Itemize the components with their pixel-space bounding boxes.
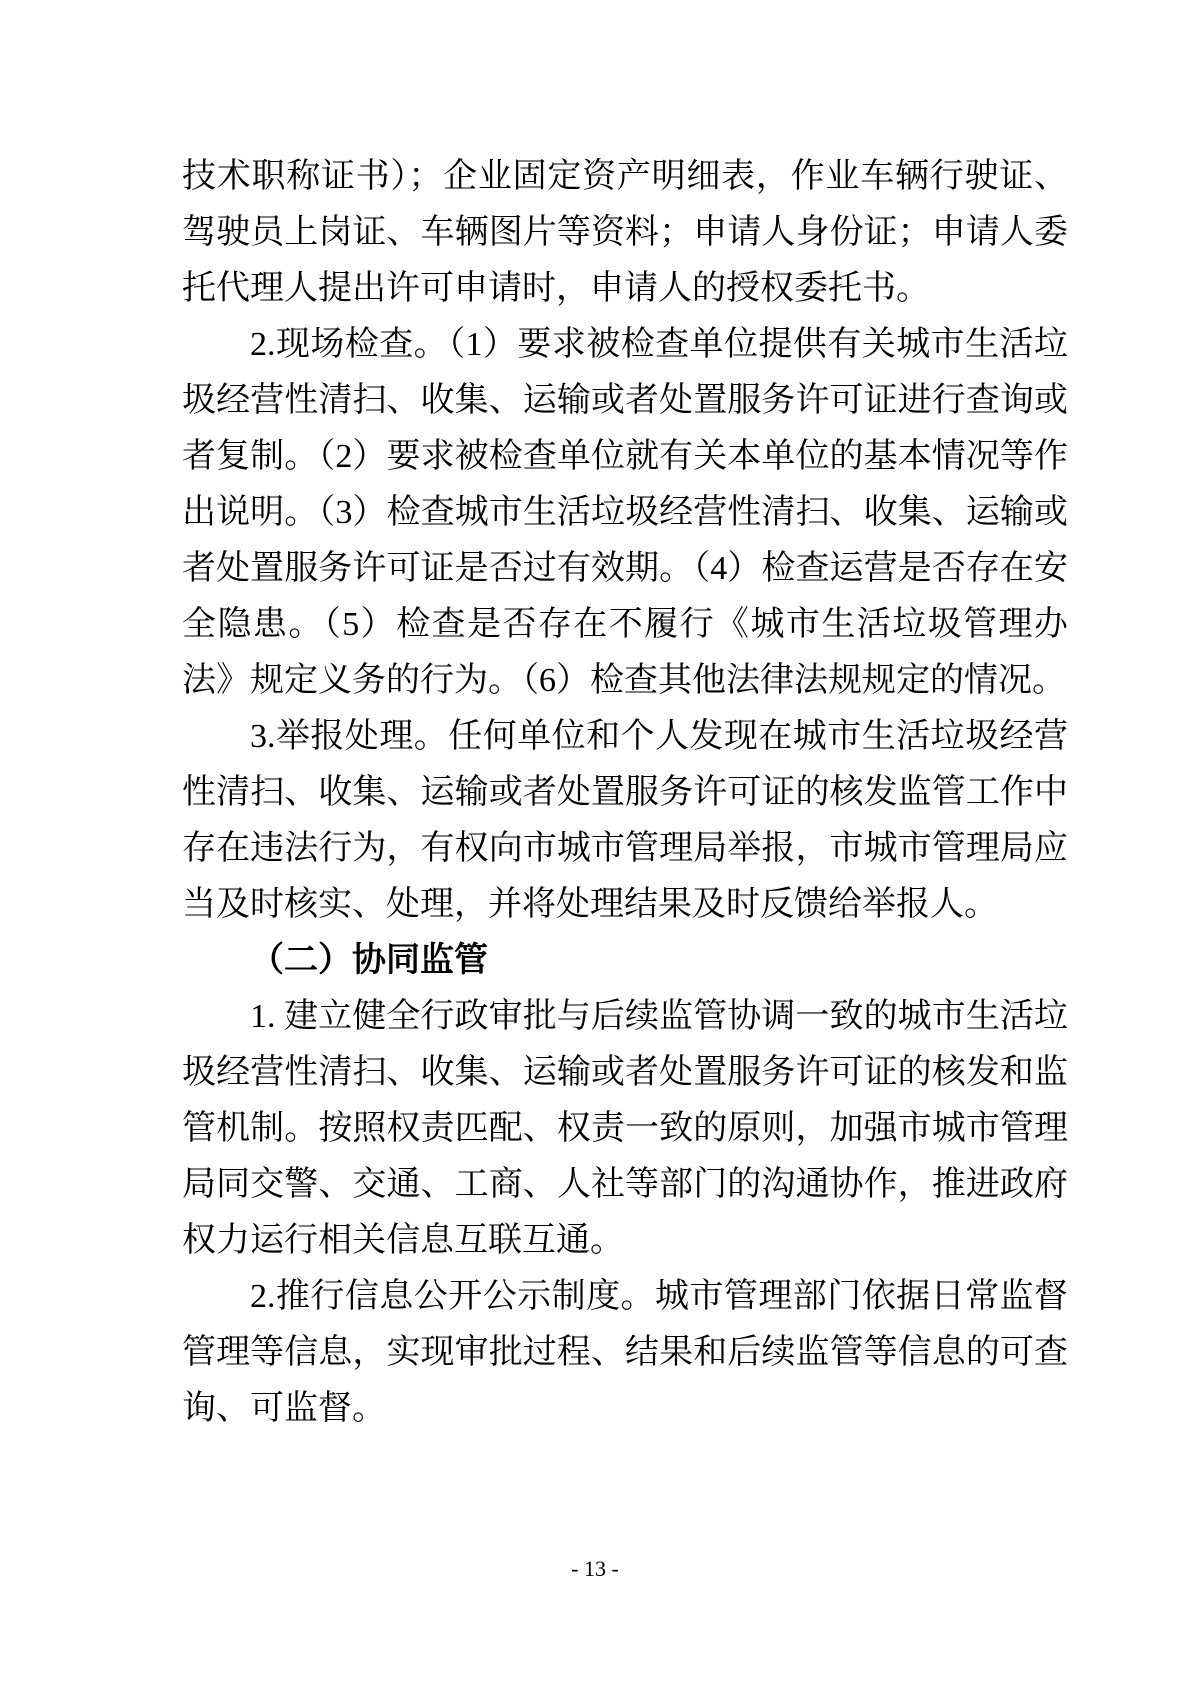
paragraph-continuation-application-materials: 技术职称证书）；企业固定资产明细表，作业车辆行驶证、驾驶员上岗证、车辆图片等资料… xyxy=(182,149,1068,317)
paragraph-onsite-inspection: 2.现场检查。（1）要求被检查单位提供有关城市生活垃圾经营性清扫、收集、运输或者… xyxy=(182,317,1068,709)
section-heading-collaborative-supervision: （二）协同监管 xyxy=(182,933,1068,989)
document-body: 技术职称证书）；企业固定资产明细表，作业车辆行驶证、驾驶员上岗证、车辆图片等资料… xyxy=(182,149,1068,1437)
paragraph-information-disclosure: 2.推行信息公开公示制度。城市管理部门依据日常监督管理等信息，实现审批过程、结果… xyxy=(182,1269,1068,1437)
paragraph-establish-mechanism: 1. 建立健全行政审批与后续监管协调一致的城市生活垃圾经营性清扫、收集、运输或者… xyxy=(182,989,1068,1269)
document-page: 技术职称证书）；企业固定资产明细表，作业车辆行驶证、驾驶员上岗证、车辆图片等资料… xyxy=(0,0,1190,1683)
page-number: - 13 - xyxy=(0,1556,1190,1582)
paragraph-report-handling: 3.举报处理。任何单位和个人发现在城市生活垃圾经营性清扫、收集、运输或者处置服务… xyxy=(182,709,1068,933)
